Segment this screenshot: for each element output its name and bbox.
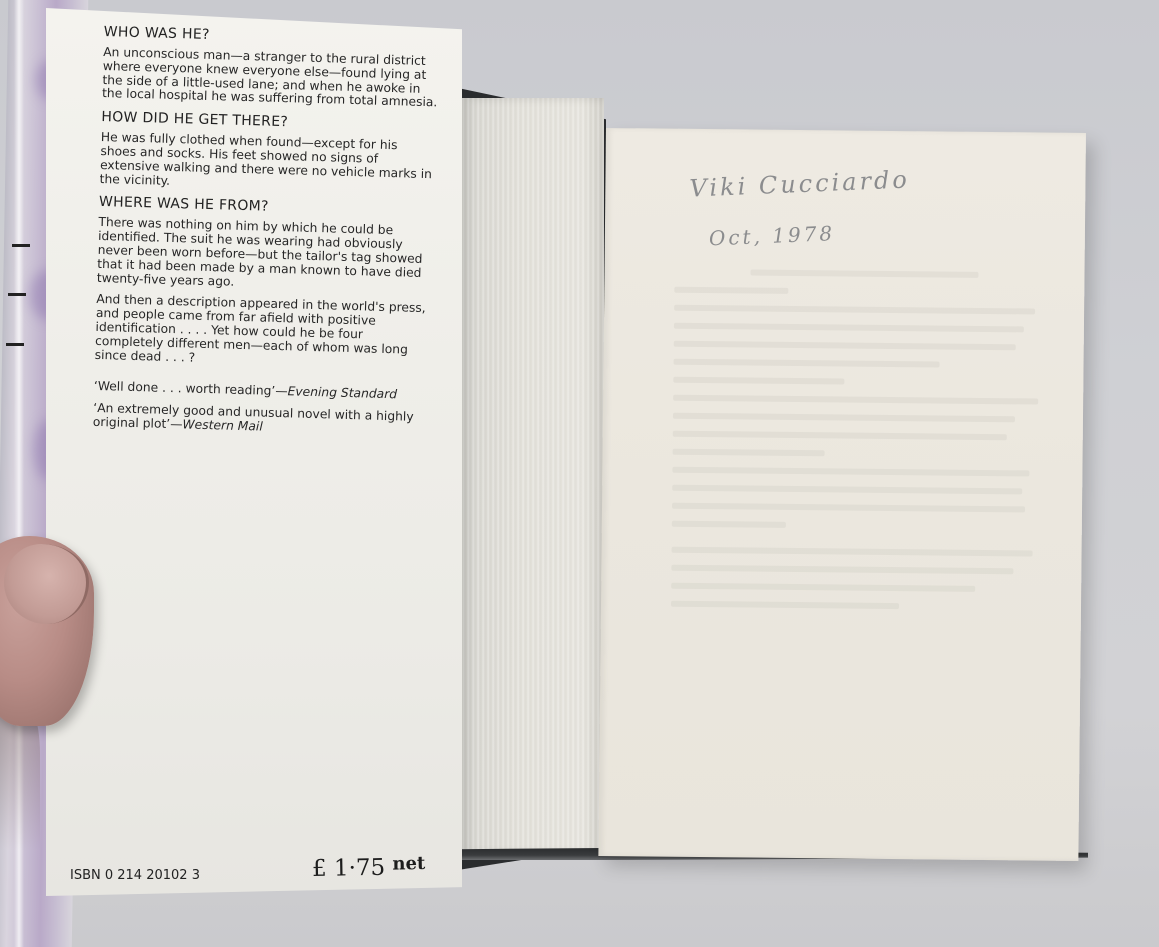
- price-label: £ 1·75 net: [312, 854, 426, 882]
- spine-mark: [8, 293, 26, 296]
- review-quote: ‘An extremely good and unusual novel wit…: [93, 402, 430, 439]
- page-block-edge: [462, 98, 604, 854]
- jacket-blurb: WHO WAS HE? An unconscious man—a strange…: [92, 24, 439, 447]
- thumbnail: [4, 544, 89, 624]
- blurb-closing-paragraph: And then a description appeared in the w…: [95, 293, 433, 371]
- spine-mark: [6, 343, 24, 346]
- price-amount: £ 1·75: [312, 855, 386, 882]
- show-through-text: [671, 269, 1055, 623]
- isbn-number: ISBN 0 214 20102 3: [70, 868, 200, 883]
- review-text: ‘Well done . . . worth reading’—: [94, 379, 288, 398]
- review-source: Evening Standard: [287, 385, 397, 402]
- price-suffix: net: [392, 853, 425, 875]
- review-quote: ‘Well done . . . worth reading’—Evening …: [94, 380, 430, 403]
- blurb-paragraph: There was nothing on him by which he cou…: [97, 216, 435, 294]
- blurb-paragraph: He was fully clothed when found—except f…: [99, 131, 436, 196]
- inscription-date: Oct, 1978: [708, 221, 835, 250]
- spine-mark: [12, 244, 30, 247]
- review-source: Western Mail: [182, 417, 263, 433]
- inscription-owner-name: Viki Cucciardo: [689, 165, 910, 202]
- blurb-paragraph: An unconscious man—a stranger to the rur…: [102, 46, 439, 111]
- flyleaf-page: Viki Cucciardo Oct, 1978: [598, 128, 1086, 861]
